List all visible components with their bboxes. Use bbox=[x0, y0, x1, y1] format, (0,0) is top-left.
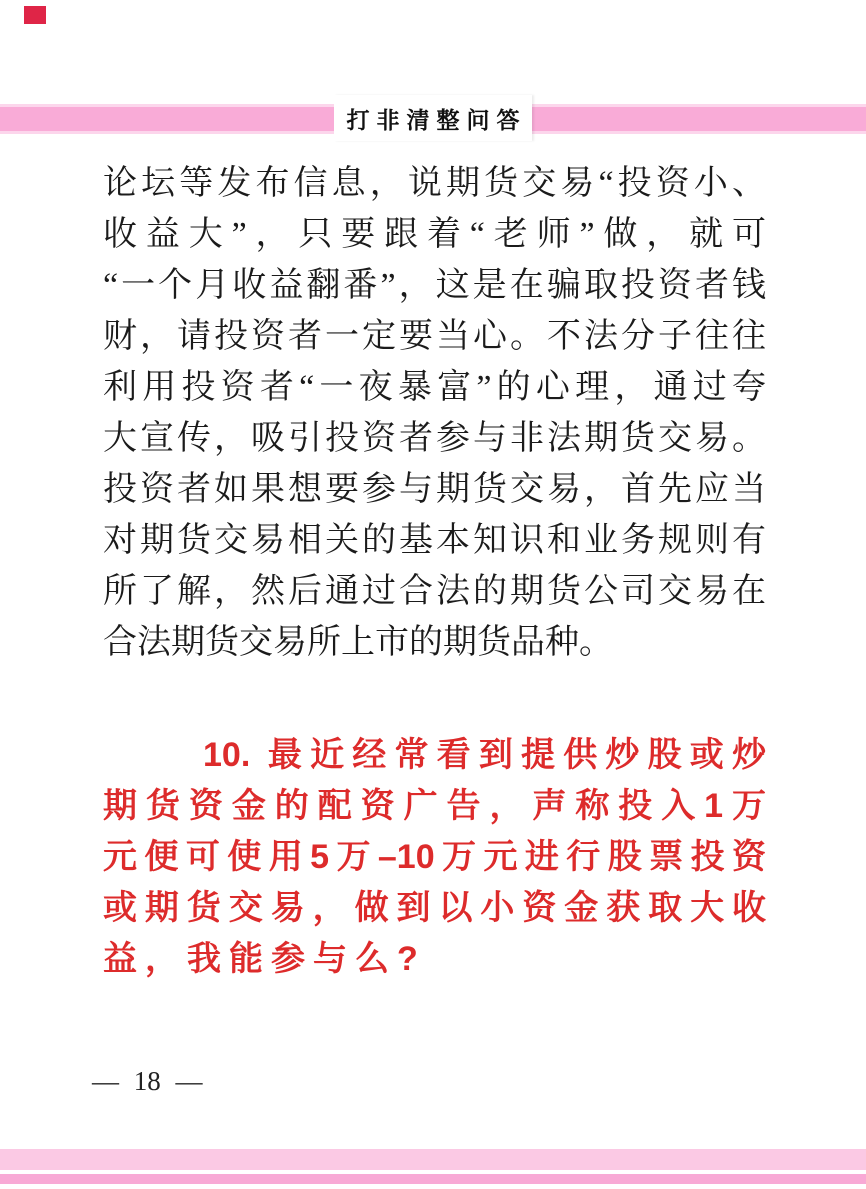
footer-bar-top bbox=[0, 1149, 866, 1170]
question-line: 或期货交易，做到以小资金获取大收 bbox=[103, 883, 766, 934]
body-line: 投资者如果想要参与期货交易，首先应当 bbox=[103, 464, 766, 515]
question-heading: 10. 最近经常看到提供炒股或炒 期货资金的配资广告，声称投入1万 元便可使用5… bbox=[103, 730, 766, 985]
page-title: 打非清整问答 bbox=[340, 102, 527, 135]
body-line: 大宣传，吸引投资者参与非法期货交易。 bbox=[103, 413, 766, 464]
body-line: 财，请投资者一定要当心。不法分子往往 bbox=[103, 311, 766, 362]
body-line: 对期货交易相关的基本知识和业务规则有 bbox=[103, 515, 766, 566]
header-title-box: 打非清整问答 bbox=[334, 95, 532, 141]
body-line: 利用投资者“一夜暴富”的心理，通过夸 bbox=[103, 362, 766, 413]
body-line: 收益大”，只要跟着“老师”做，就可 bbox=[103, 209, 766, 260]
body-line: 合法期货交易所上市的期货品种。 bbox=[103, 617, 766, 668]
question-line: 10. 最近经常看到提供炒股或炒 bbox=[103, 730, 766, 781]
corner-mark bbox=[24, 6, 46, 24]
body-line: “一个月收益翻番”，这是在骗取投资者钱 bbox=[103, 260, 766, 311]
body-line: 所了解，然后通过合法的期货公司交易在 bbox=[103, 566, 766, 617]
footer-bar-bottom bbox=[0, 1174, 866, 1184]
body-line: 论坛等发布信息，说期货交易“投资小、 bbox=[103, 158, 766, 209]
page-number: — 18 — bbox=[92, 1066, 203, 1097]
question-line: 元便可使用5万–10万元进行股票投资 bbox=[103, 832, 766, 883]
question-line: 益，我能参与么? bbox=[103, 934, 766, 985]
page: { "header": { "title": "打非清整问答" }, "colo… bbox=[0, 0, 866, 1189]
question-line: 期货资金的配资广告，声称投入1万 bbox=[103, 781, 766, 832]
body-paragraphs: 论坛等发布信息，说期货交易“投资小、 收益大”，只要跟着“老师”做，就可 “一个… bbox=[103, 158, 766, 668]
